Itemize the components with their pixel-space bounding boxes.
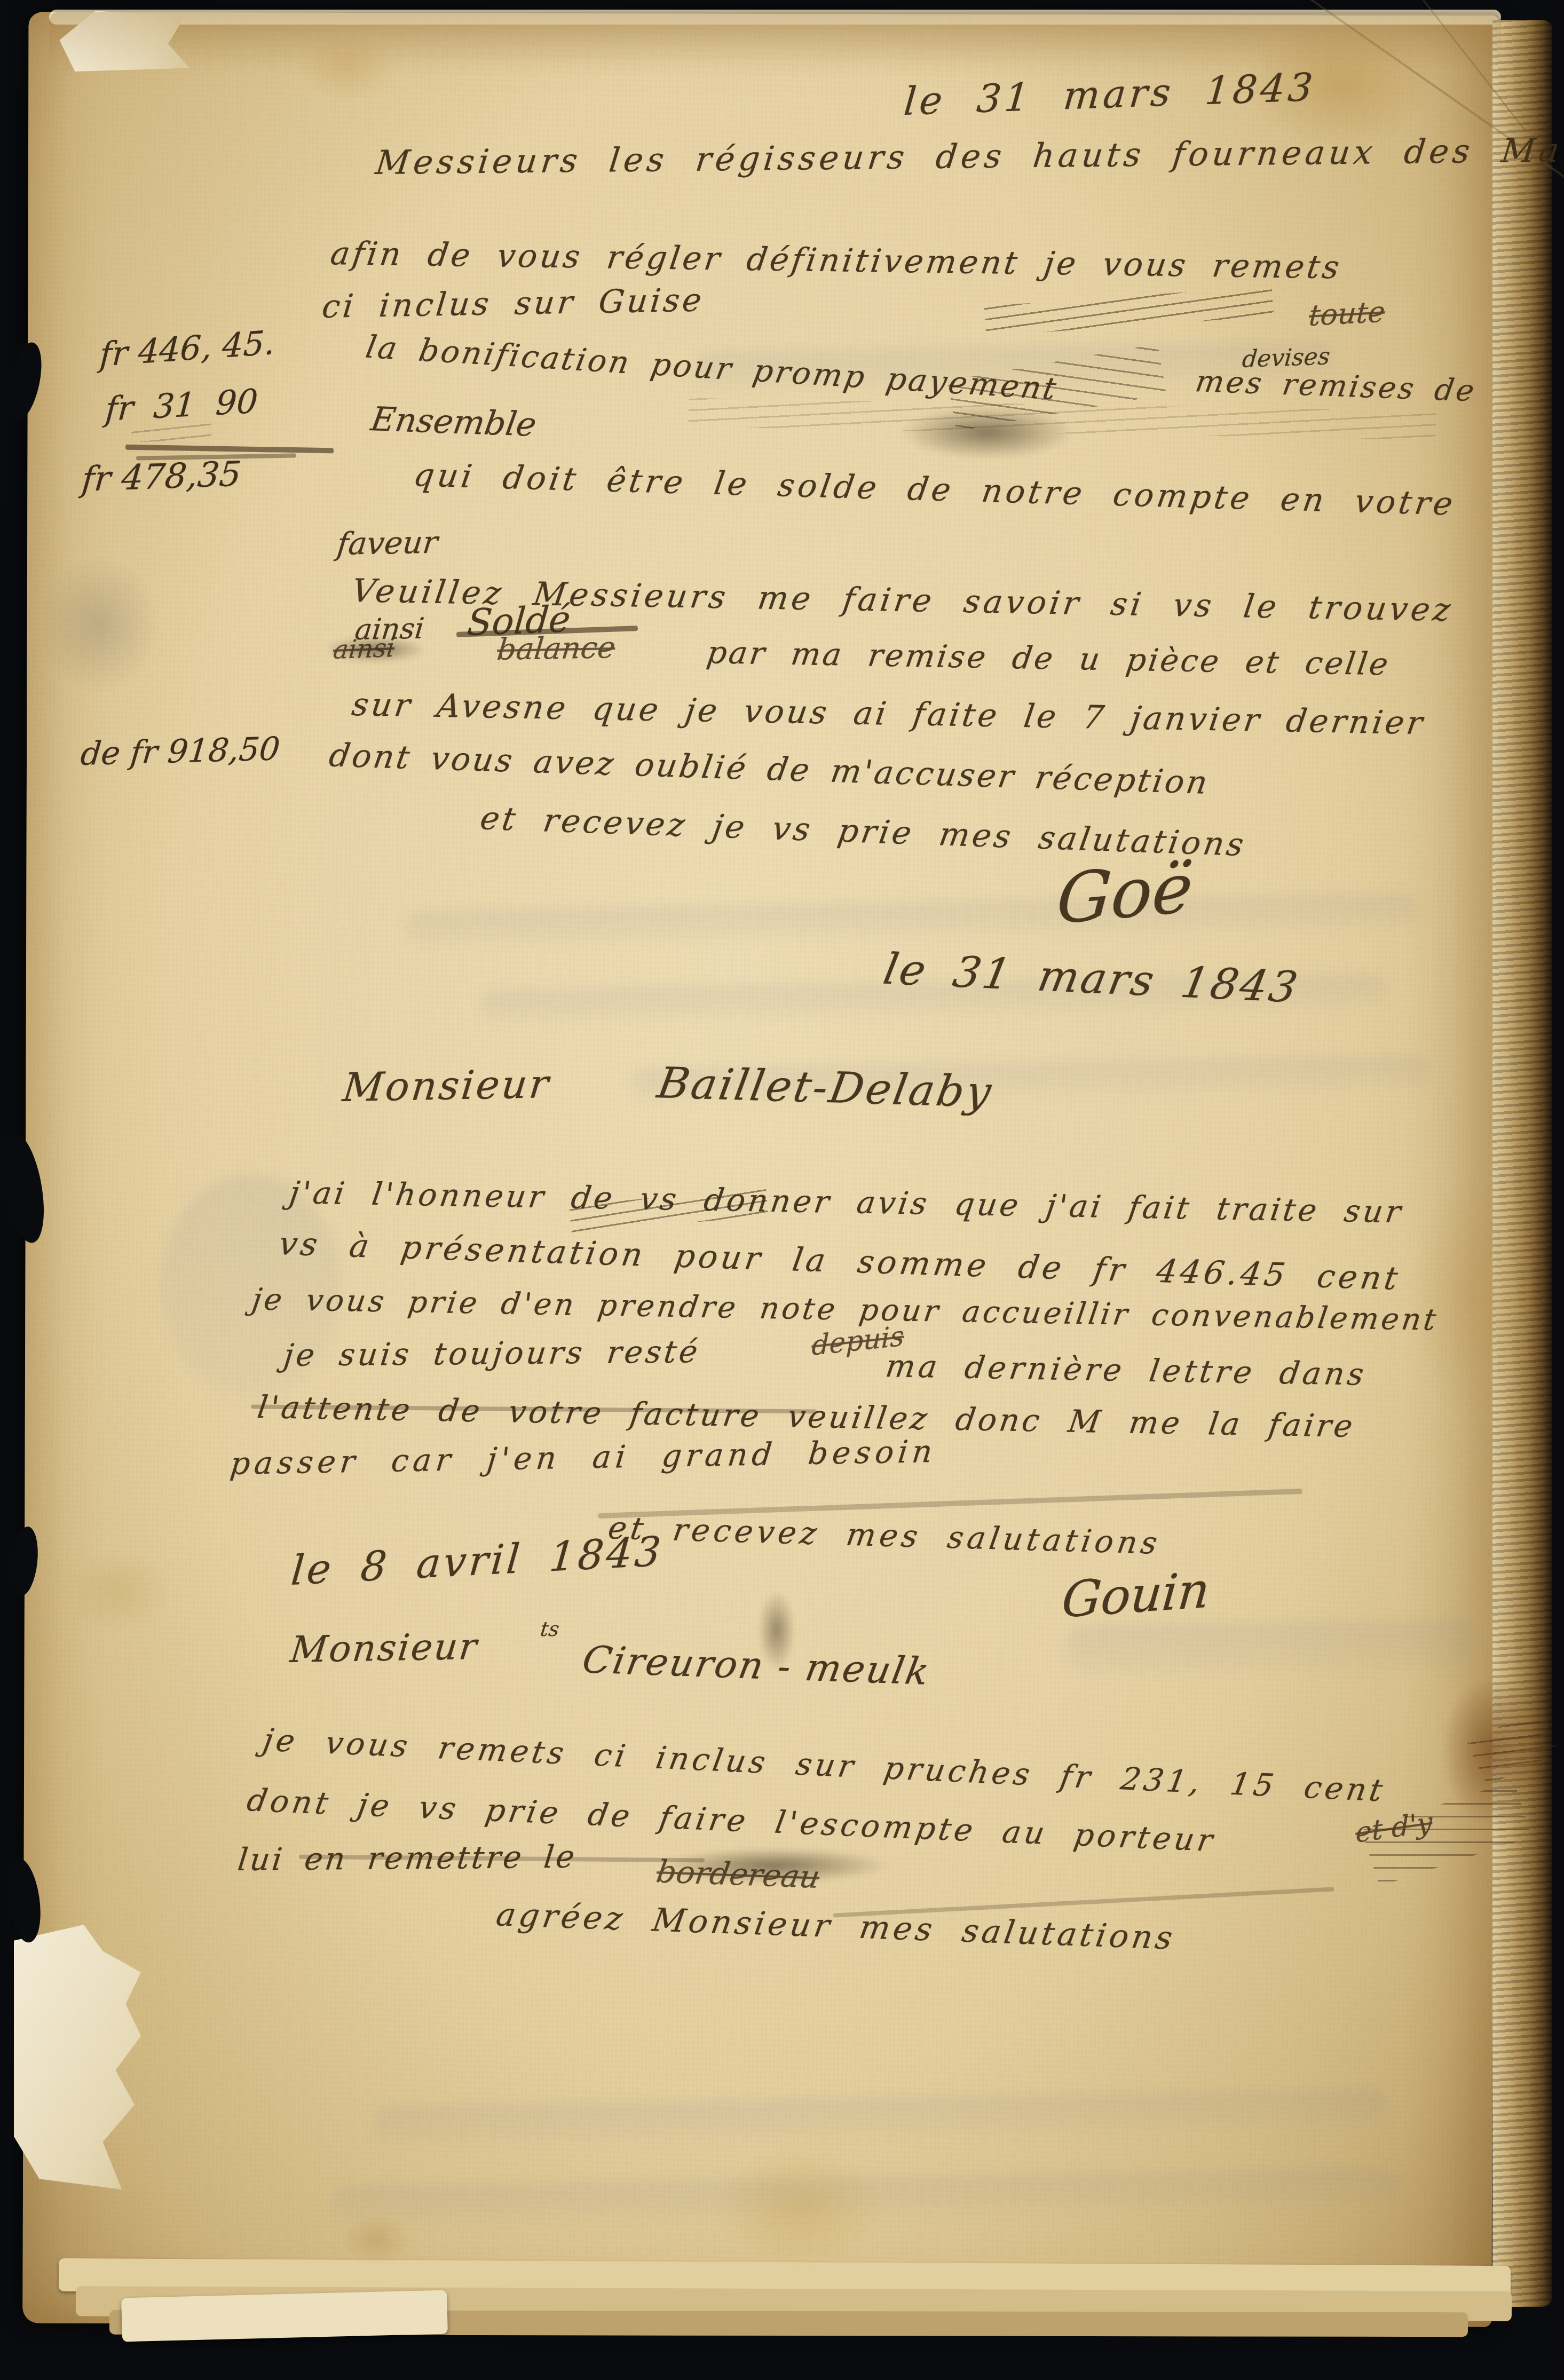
photograph-backdrop: le 31 mars 1843 Messieurs les régisseurs… (0, 0, 1564, 2380)
letter1-crossed-word-balance: balance (495, 630, 617, 667)
letter3-crossed-word-bordereau: bordereau (654, 1853, 823, 1895)
letter1-body-line-4: Ensemble (368, 399, 539, 444)
letter2-signature: Gouin (1060, 1561, 1212, 1629)
letter1-body-line-6: faveur (335, 524, 439, 562)
protruding-page-edge (121, 2290, 448, 2342)
letter1-margin-amount-4: de fr 918,50 (79, 730, 282, 773)
letter1-body-line-2: ci inclus sur Guise (320, 281, 706, 326)
page-top-deckle-edge (49, 10, 1501, 25)
letter2-recipient: Monsieur (341, 1061, 552, 1111)
letter1-margin-amount-3: fr 478,35 (80, 454, 243, 500)
letter3-recipient-superscript: ts (539, 1617, 560, 1641)
letter3-body-line-3: lui en remettre le (236, 1838, 579, 1878)
letter1-signature: Goë (1054, 848, 1196, 940)
letter1-crossed-word-toute: toute (1308, 295, 1386, 333)
letter2-body-line-4: je suis toujours resté (282, 1333, 702, 1373)
book-fore-edge-page-stack (1492, 20, 1552, 2307)
letter1-margin-amount-2: fr 31 90 (104, 382, 259, 429)
letter2-recipient-name: Baillet-Delaby (654, 1058, 997, 1117)
letter1-crossed-word-ainsi: ainsi (332, 633, 396, 665)
letter3-recipient: Monsieur (288, 1626, 480, 1671)
